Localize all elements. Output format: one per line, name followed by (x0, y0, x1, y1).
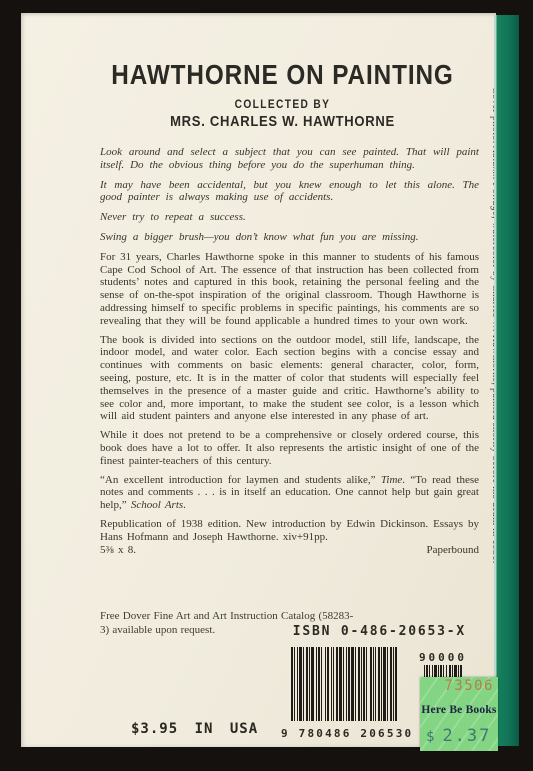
review-quotes: “An excellent introduction for laymen an… (100, 474, 479, 512)
hawthorne-quote: Swing a bigger brush—you don’t know what… (100, 231, 479, 244)
review-end: . (183, 499, 186, 511)
barcode-bars (291, 647, 397, 721)
review-source-school-arts: School Arts (131, 499, 183, 511)
blurb-paragraph: The book is divided into sections on the… (100, 334, 479, 424)
sticker-price: $2.37 (426, 726, 491, 746)
book-back-cover-photo: HAWTHORNE ON PAINTING COLLECTED BY MRS. … (0, 0, 533, 771)
sticker-currency: $ (426, 729, 436, 745)
spine-green-strip (494, 15, 519, 746)
cover-header: HAWTHORNE ON PAINTING COLLECTED BY MRS. … (45, 59, 520, 130)
blurb-text-block: Look around and select a subject that yo… (100, 146, 479, 556)
collected-by-line: COLLECTED BY (81, 97, 485, 111)
book-title: HAWTHORNE ON PAINTING (69, 59, 497, 91)
back-cover: HAWTHORNE ON PAINTING COLLECTED BY MRS. … (21, 13, 496, 747)
binding-type: Paperbound (426, 544, 479, 557)
edition-size-row: 5⅜ x 8. Paperbound (100, 544, 479, 557)
blurb-paragraph: For 31 years, Charles Hawthorne spoke in… (100, 251, 479, 328)
hawthorne-quote: Look around and select a subject that yo… (100, 146, 479, 172)
edition-note: Republication of 1938 edition. New intro… (100, 518, 479, 544)
barcode-addon-digits: 90000 (413, 651, 473, 664)
printed-price: $3.95 IN USA (131, 721, 258, 737)
review-source-time: Time (381, 474, 402, 486)
review-quote-1: “An excellent introduction for laymen an… (100, 474, 381, 486)
price-sticker: 73506 Here Be Books $2.37 (420, 677, 498, 751)
hawthorne-quote: It may have been accidental, but you kne… (100, 179, 479, 205)
blurb-paragraph: While it does not pretend to be a compre… (100, 429, 479, 467)
sticker-amount: 2.37 (442, 726, 491, 746)
isbn-number: ISBN 0-486-20653-X (293, 624, 466, 639)
ean-barcode: 9 780486 206530 (281, 647, 407, 740)
editor-name: MRS. CHARLES W. HAWTHORNE (76, 113, 489, 130)
hawthorne-quote: Never try to repeat a success. (100, 211, 479, 224)
sticker-stamp-number: 73506 (444, 678, 494, 694)
book-size: 5⅜ x 8. (100, 544, 136, 557)
barcode-digits: 9 780486 206530 (281, 727, 407, 740)
sticker-store-name: Here Be Books (420, 704, 498, 716)
